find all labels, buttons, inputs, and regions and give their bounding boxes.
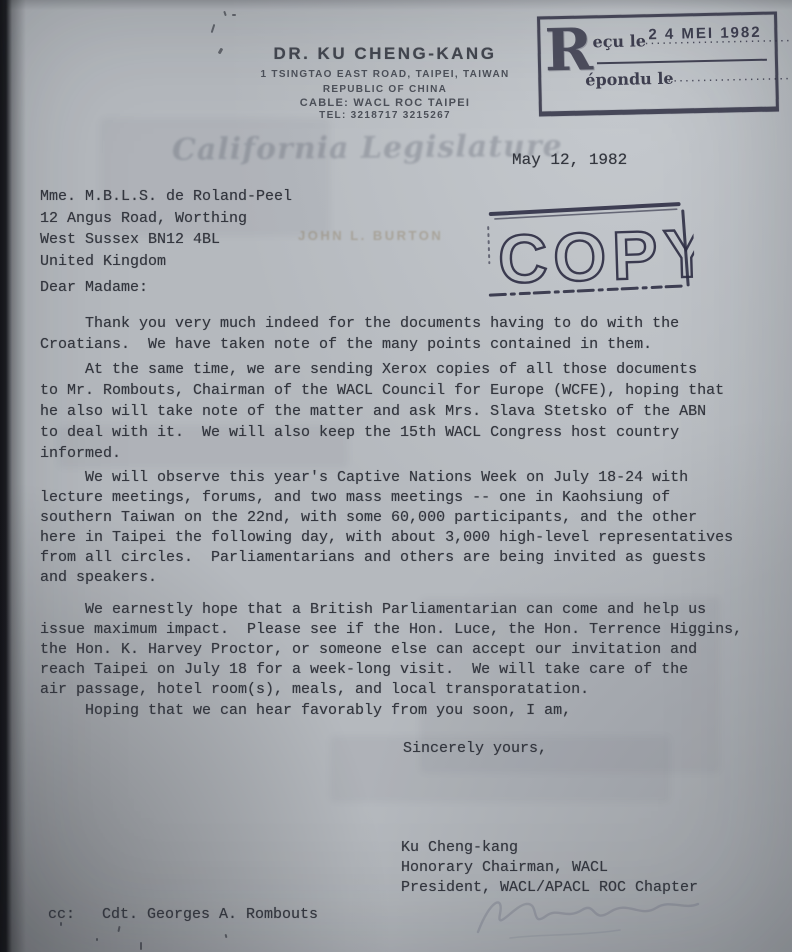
- received-date-stamp: R eçu le .......................... 2 4 …: [537, 11, 779, 116]
- body-paragraph-5: Hoping that we can hear favorably from y…: [40, 700, 571, 721]
- stamp-dotted-line: .....................: [667, 66, 791, 85]
- stamp-recu-le-label: eçu le: [592, 31, 646, 51]
- stamp-rule-line: [597, 59, 767, 65]
- stamp-repondu-le-label: épondu le: [585, 69, 674, 90]
- ink-speck: [211, 24, 216, 33]
- letter-date: May 12, 1982: [512, 150, 627, 171]
- letterhead-cable-line: CABLE: WACL ROC TAIPEI: [205, 97, 565, 109]
- copy-stamp: COPY: [480, 197, 695, 306]
- stamp-received-date: 2 4 MEI 1982: [648, 24, 762, 43]
- recipient-address: Mme. M.B.L.S. de Roland-Peel 12 Angus Ro…: [40, 186, 292, 272]
- ink-speck: [60, 922, 62, 926]
- cc-line: cc: Cdt. Georges A. Rombouts: [48, 904, 318, 925]
- ink-speck: [225, 934, 228, 938]
- body-paragraph-3: We will observe this year's Captive Nati…: [40, 468, 733, 588]
- closing: Sincerely yours,: [403, 738, 547, 759]
- ink-speck: [117, 926, 120, 932]
- ink-speck: [223, 11, 227, 16]
- bleedthrough-signature: [470, 880, 710, 950]
- scanned-letter-page: California Legislature JOHN L. BURTON DR…: [0, 0, 792, 952]
- ink-speck: [232, 14, 236, 16]
- letterhead-address-line-2: REPUBLIC OF CHINA: [205, 84, 565, 95]
- letterhead-address-line-1: 1 TSINGTAO EAST ROAD, TAIPEI, TAIWAN: [205, 69, 565, 80]
- letterhead-tel-line: TEL: 3218717 3215267: [205, 110, 565, 121]
- copy-stamp-text: COPY: [497, 215, 696, 298]
- body-paragraph-1: Thank you very much indeed for the docum…: [40, 313, 679, 355]
- body-paragraph-4: We earnestly hope that a British Parliam…: [40, 600, 742, 700]
- body-paragraph-2: At the same time, we are sending Xerox c…: [40, 359, 724, 464]
- ink-speck: [140, 942, 142, 950]
- letterhead-name: DR. KU CHENG-KANG: [205, 44, 565, 64]
- ink-speck: [96, 938, 98, 941]
- salutation: Dear Madame:: [40, 277, 148, 298]
